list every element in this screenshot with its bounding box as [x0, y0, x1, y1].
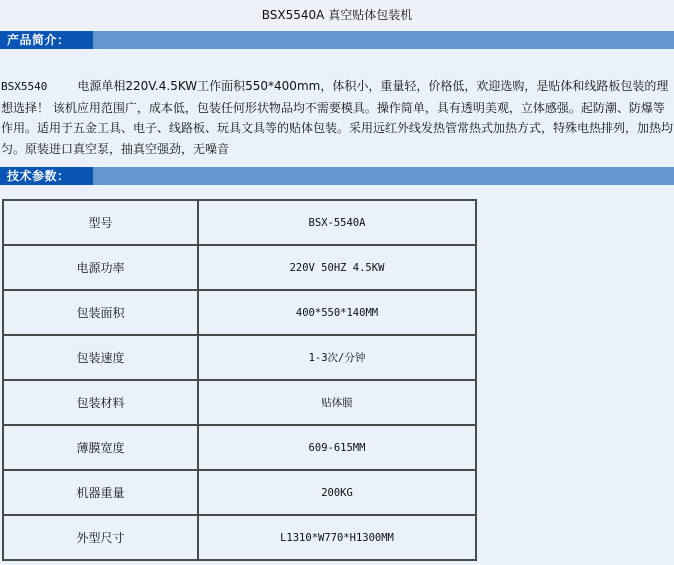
table-row: 包装材料贴体膜	[3, 380, 476, 425]
spec-value: 200KG	[198, 470, 476, 515]
specs-section-label: 技术参数：	[0, 167, 93, 185]
spec-value: 609-615MM	[198, 425, 476, 470]
spec-label: 包装速度	[3, 335, 198, 380]
specs-section-bar: 技术参数：	[0, 167, 674, 185]
table-row: 型号BSX-5540A	[3, 200, 476, 245]
spec-label: 薄膜宽度	[3, 425, 198, 470]
spec-label: 外型尺寸	[3, 515, 198, 560]
product-description: BSX5540电源单相220V.4.5KW工作面积550*400mm，体积小，重…	[1, 76, 673, 159]
page-title: BSX5540A 真空贴体包装机	[0, 0, 674, 31]
spec-value: 贴体膜	[198, 380, 476, 425]
spec-value: L1310*W770*H1300MM	[198, 515, 476, 560]
table-row: 包装速度1-3次/分钟	[3, 335, 476, 380]
spec-value: 400*550*140MM	[198, 290, 476, 335]
table-row: 机器重量200KG	[3, 470, 476, 515]
table-row: 包装面积400*550*140MM	[3, 290, 476, 335]
spec-label: 机器重量	[3, 470, 198, 515]
spec-value: 1-3次/分钟	[198, 335, 476, 380]
intro-section-bar: 产品简介：	[0, 31, 674, 49]
table-row: 电源功率220V 50HZ 4.5KW	[3, 245, 476, 290]
spec-label: 电源功率	[3, 245, 198, 290]
spec-value: BSX-5540A	[198, 200, 476, 245]
description-text: 电源单相220V.4.5KW工作面积550*400mm，体积小，重量轻，价格低，…	[1, 79, 673, 156]
intro-section-label: 产品简介：	[0, 31, 93, 49]
description-model: BSX5540	[1, 80, 47, 93]
spec-label: 型号	[3, 200, 198, 245]
spec-table: 型号BSX-5540A 电源功率220V 50HZ 4.5KW 包装面积400*…	[2, 199, 477, 561]
spec-value: 220V 50HZ 4.5KW	[198, 245, 476, 290]
spec-label: 包装面积	[3, 290, 198, 335]
table-row: 外型尺寸L1310*W770*H1300MM	[3, 515, 476, 560]
table-row: 薄膜宽度609-615MM	[3, 425, 476, 470]
spec-label: 包装材料	[3, 380, 198, 425]
